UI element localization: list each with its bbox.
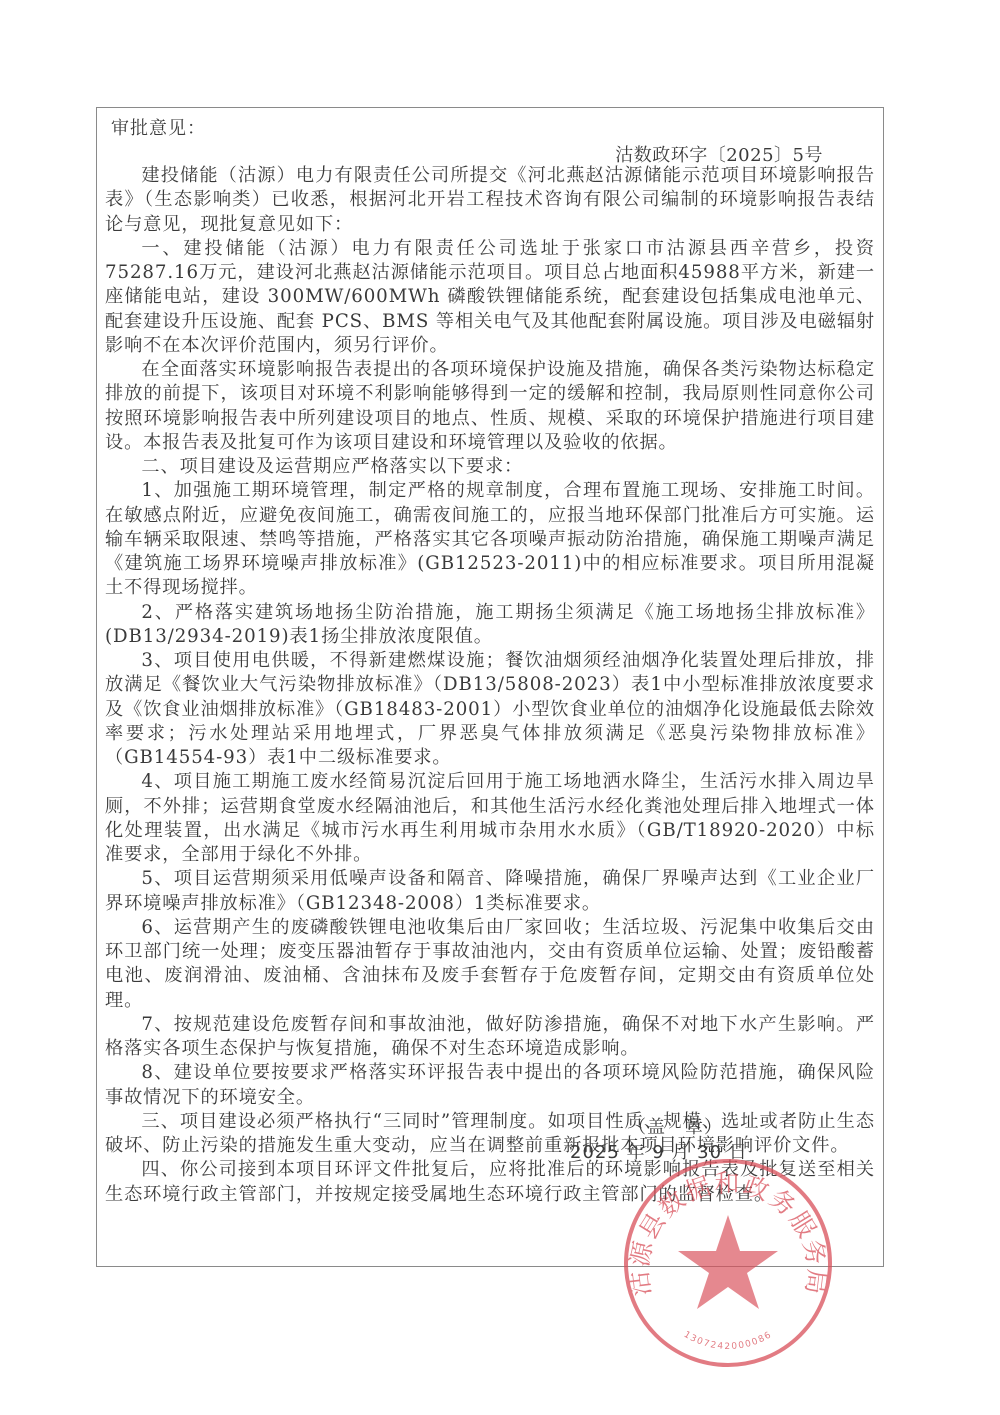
svg-text:1307242000086: 1307242000086 <box>682 1330 774 1352</box>
approval-opinion-box: 审批意见： 沽数政环字〔2025〕5号 建投储能（沽源）电力有限责任公司所提交《… <box>96 107 884 1267</box>
paragraph-section-2-heading: 二、项目建设及运营期应严格落实以下要求： <box>105 455 875 479</box>
paragraph-section-3: 三、项目建设必须严格执行“三同时”管理制度。如项目性质、规模、选址或者防止生态破… <box>105 1110 875 1159</box>
paragraph-conditional-approval: 在全面落实环境影响报告表提出的各项环境保护设施及措施，确保各类污染物达标稳定排放… <box>105 358 875 455</box>
paragraph-req-4: 4、项目施工期施工废水经简易沉淀后回用于施工场地洒水降尘，生活污水排入周边旱厕，… <box>105 770 875 867</box>
approval-body: 建投储能（沽源）电力有限责任公司所提交《河北燕赵沽源储能示范项目环境影响报告表》… <box>105 164 875 1207</box>
paragraph-req-8: 8、建设单位要按要求严格落实环评报告表中提出的各项环境风险防范措施，确保风险事故… <box>105 1061 875 1110</box>
paragraph-req-7: 7、按规范建设危废暂存间和事故油池，做好防渗措施，确保不对地下水产生影响。严格落… <box>105 1013 875 1062</box>
paragraph-section-4: 四、你公司接到本项目环评文件批复后，应将批准后的环境影响报告表及批复送至相关生态… <box>105 1158 875 1207</box>
paragraph-req-1: 1、加强施工期环境管理，制定严格的规章制度，合理布置施工现场、安排施工时间。在敏… <box>105 479 875 600</box>
paragraph-section-1: 一、建投储能（沽源）电力有限责任公司选址于张家口市沽源县西辛营乡，投资75287… <box>105 237 875 358</box>
paragraph-req-3: 3、项目使用电供暖，不得新建燃煤设施；餐饮油烟须经油烟净化装置处理后排放，排放满… <box>105 649 875 770</box>
paragraph-req-6: 6、运营期产生的废磷酸铁锂电池收集后由厂家回收；生活垃圾、污泥集中收集后交由环卫… <box>105 916 875 1013</box>
stamp-code: 1307242000086 <box>682 1330 774 1352</box>
paragraph-req-2: 2、严格落实建筑场地扬尘防治措施，施工期扬尘须满足《施工场地扬尘排放标准》(DB… <box>105 601 875 650</box>
signature-date: 2025 年 9 月 30 日 <box>570 1138 748 1164</box>
paragraph-intro: 建投储能（沽源）电力有限责任公司所提交《河北燕赵沽源储能示范项目环境影响报告表》… <box>105 164 875 237</box>
seal-label: （盖 章） <box>628 1113 723 1139</box>
paragraph-req-5: 5、项目运营期须采用低噪声设备和隔音、降噪措施，确保厂界噪声达到《工业企业厂界环… <box>105 867 875 916</box>
section-label: 审批意见： <box>111 114 206 140</box>
